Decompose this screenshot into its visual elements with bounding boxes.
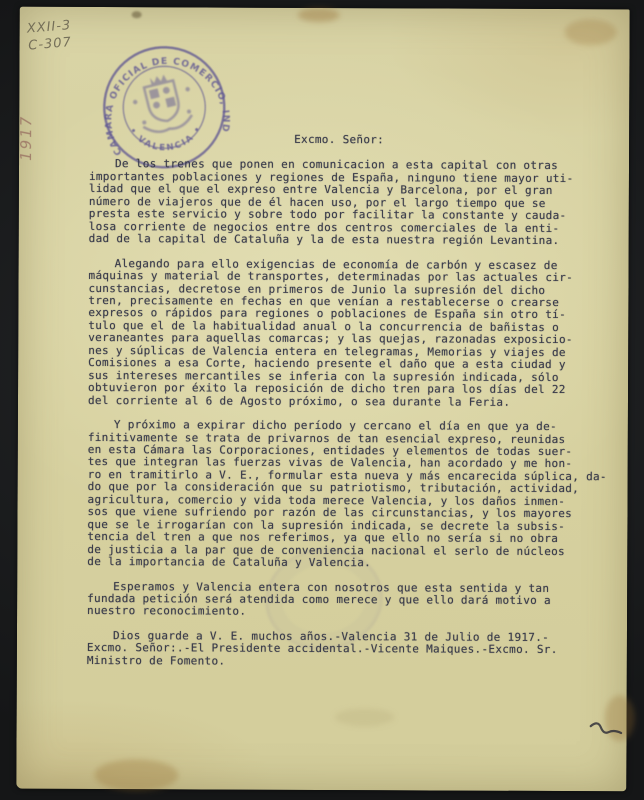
paragraph: De los trenes que ponen en comunicacion … — [89, 158, 601, 247]
paragraph: Dios guarde a V. E. muchos años.-Valenci… — [87, 630, 599, 670]
archival-year-vertical: 1917 — [17, 115, 35, 161]
letter-paragraphs: De los trenes que ponen en comunicacion … — [87, 158, 601, 669]
salutation: Excmo. Señor: — [294, 134, 601, 148]
typewritten-line: dad de la capital de Cataluña y la de es… — [89, 233, 601, 248]
letter-body: Excmo. Señor: De los trenes que ponen en… — [87, 133, 601, 681]
paragraph: Y próximo a expirar dicho período y cerc… — [87, 419, 600, 571]
typewritten-line: nuestro reconocimiento. — [87, 605, 599, 620]
typewritten-line: de la importancia de Cataluña y Valencia… — [87, 556, 599, 571]
paragraph: Esperamos y Valencia entera con nosotros… — [87, 580, 599, 620]
ink-mark — [587, 716, 626, 742]
paper-stain — [565, 19, 617, 45]
paper-stain — [298, 8, 340, 22]
paper-stain — [94, 759, 178, 791]
typewritten-line: Ministro de Fomento. — [87, 655, 599, 670]
letter-paper: XXII-3 C-307 1917 CAMARA OFICIAL DE COME… — [16, 7, 629, 792]
typewritten-line: del corriente al 6 de Agosto próximo, o … — [88, 395, 600, 410]
paper-stain — [335, 708, 395, 726]
paragraph: Alegando para ello exigencias de economí… — [88, 258, 601, 410]
paper-stain — [132, 11, 142, 18]
seal-coat-of-arms — [128, 69, 198, 136]
